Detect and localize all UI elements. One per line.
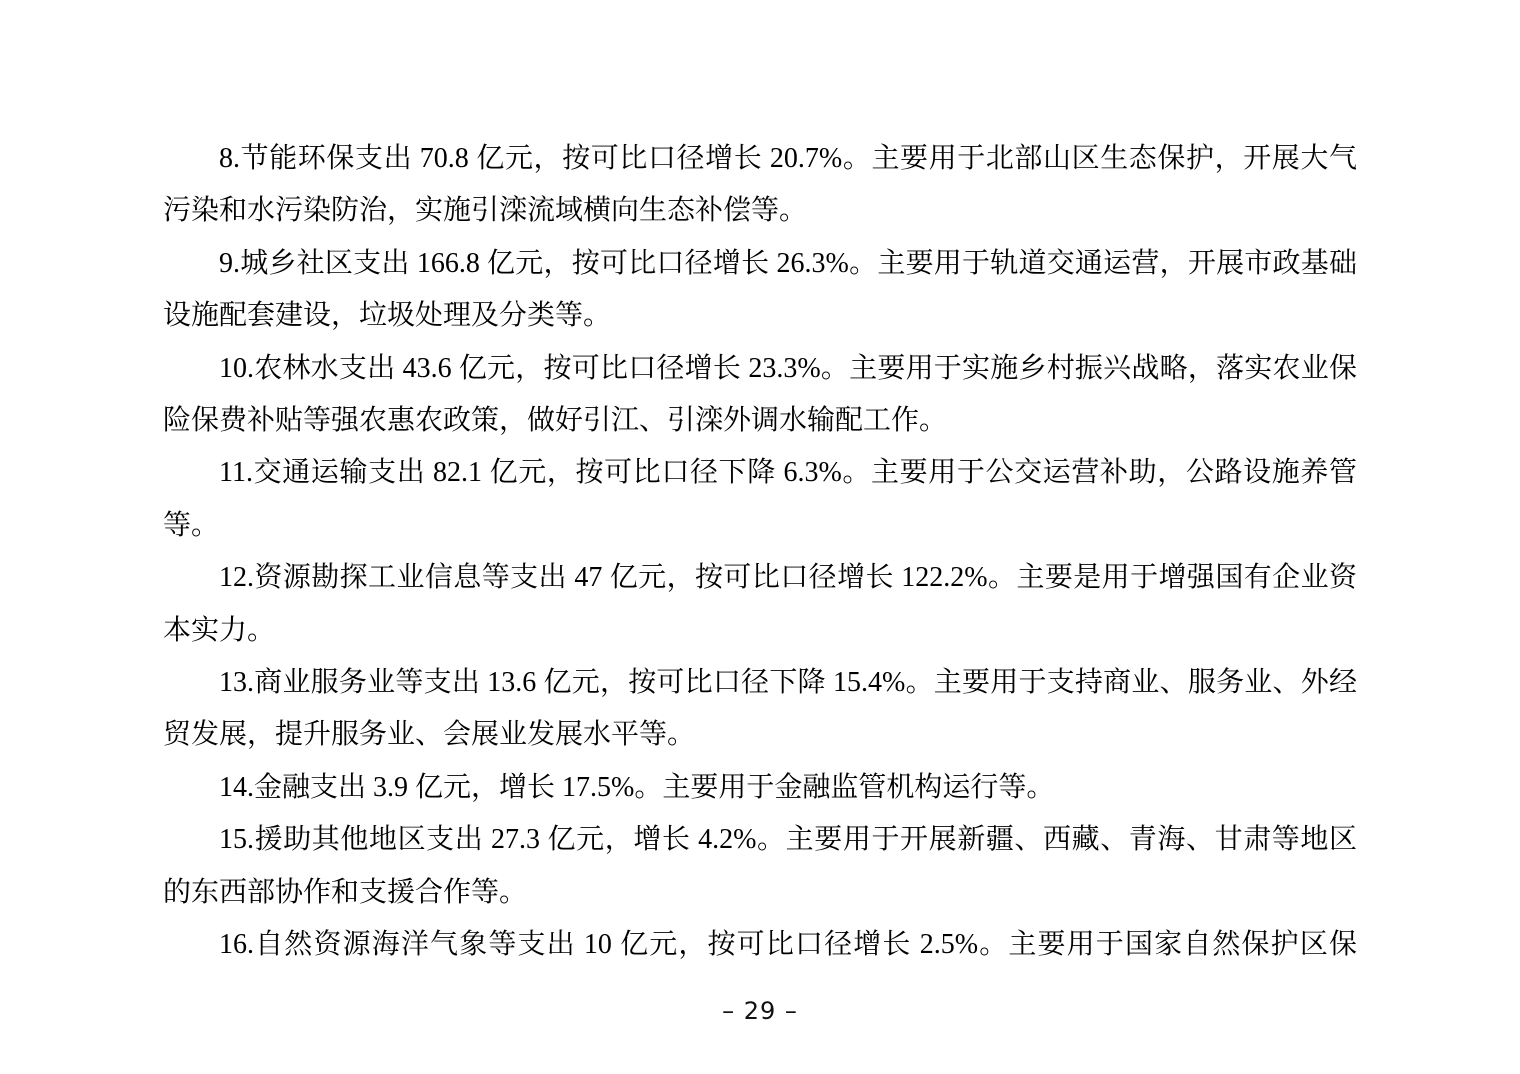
document-body: 8.节能环保支出 70.8 亿元，按可比口径增长 20.7%。主要用于北部山区生… bbox=[163, 133, 1357, 972]
paragraph-9: 9.城乡社区支出 166.8 亿元，按可比口径增长 26.3%。主要用于轨道交通… bbox=[163, 238, 1357, 343]
paragraph-13: 13.商业服务业等支出 13.6 亿元，按可比口径下降 15.4%。主要用于支持… bbox=[163, 657, 1357, 762]
paragraph-15: 15.援助其他地区支出 27.3 亿元，增长 4.2%。主要用于开展新疆、西藏、… bbox=[163, 814, 1357, 919]
paragraph-11: 11.交通运输支出 82.1 亿元，按可比口径下降 6.3%。主要用于公交运营补… bbox=[163, 447, 1357, 552]
paragraph-16: 16.自然资源海洋气象等支出 10 亿元，按可比口径增长 2.5%。主要用于国家… bbox=[163, 919, 1357, 971]
paragraph-14: 14.金融支出 3.9 亿元，增长 17.5%。主要用于金融监管机构运行等。 bbox=[163, 762, 1357, 814]
paragraph-12: 12.资源勘探工业信息等支出 47 亿元，按可比口径增长 122.2%。主要是用… bbox=[163, 552, 1357, 657]
page-number: – 29 – bbox=[0, 997, 1520, 1025]
paragraph-10: 10.农林水支出 43.6 亿元，按可比口径增长 23.3%。主要用于实施乡村振… bbox=[163, 343, 1357, 448]
paragraph-8: 8.节能环保支出 70.8 亿元，按可比口径增长 20.7%。主要用于北部山区生… bbox=[163, 133, 1357, 238]
